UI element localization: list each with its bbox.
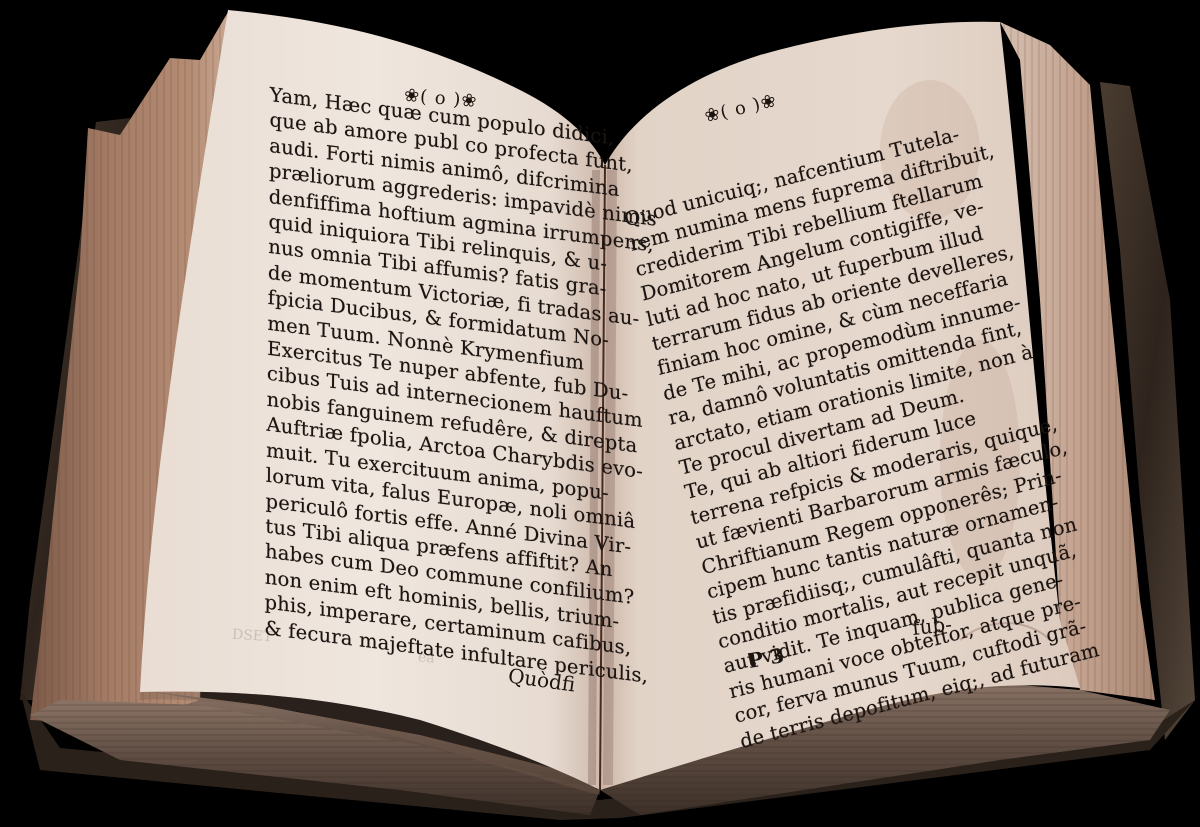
right-page-catchword: fub- xyxy=(911,612,953,640)
show-through-text: DSET xyxy=(231,627,272,646)
show-through-text: ea xyxy=(417,649,435,666)
photo-scene: ❀( o )❀ Yam, Hæc quæ cum populo didici, … xyxy=(0,0,1200,827)
left-page-text: Yam, Hæc quæ cum populo didici, que ab a… xyxy=(264,82,658,689)
